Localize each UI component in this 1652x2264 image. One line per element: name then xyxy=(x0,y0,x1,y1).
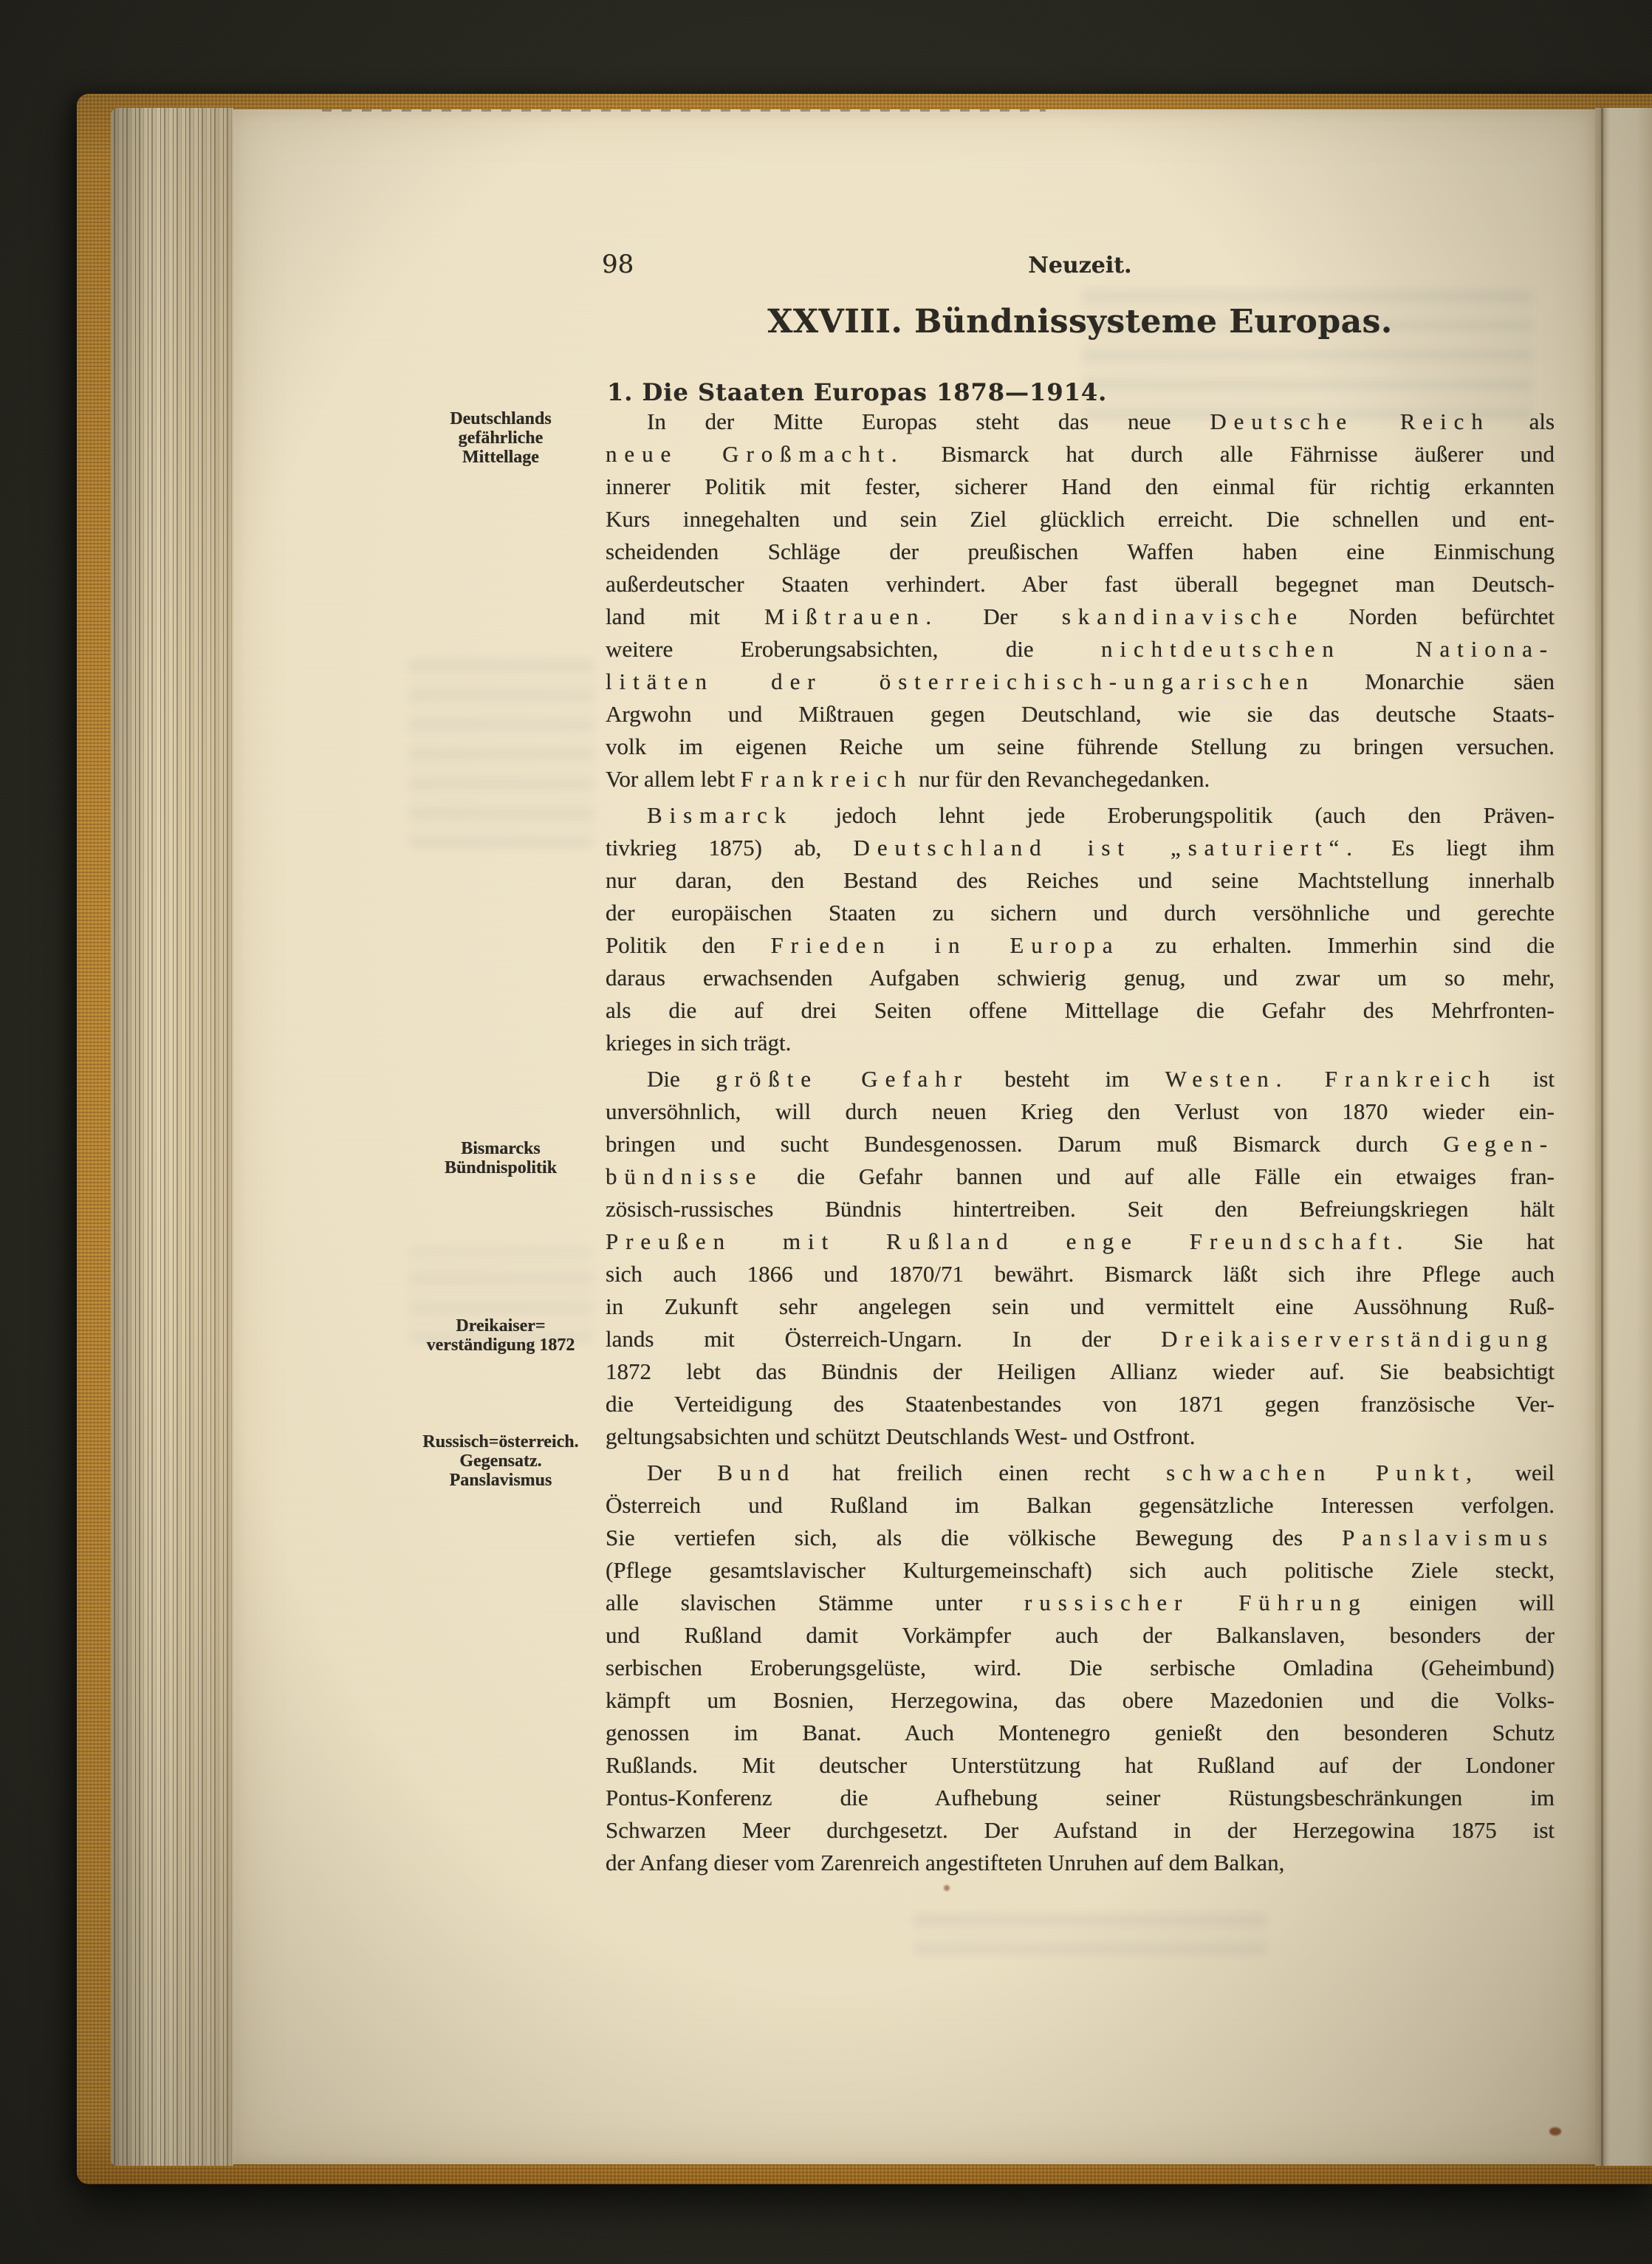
margin-note-line: Bismarcks xyxy=(399,1139,603,1158)
emphasized-spaced-text: Panslavismus xyxy=(1342,1525,1555,1550)
text-segment: ist xyxy=(1497,1066,1555,1092)
text-segment: Argwohn und Mißtrauen gegen Deutschland,… xyxy=(606,701,1555,727)
body-paragraph: Die größte Gefahr besteht im Westen. Fra… xyxy=(606,1063,1555,1453)
emphasized-spaced-text: Deutsche Reich xyxy=(1210,408,1490,434)
text-segment: sich auch 1866 und 1870/71 bewährt. Bism… xyxy=(606,1261,1555,1287)
text-segment: daraus erwachsenden Aufgaben schwierig g… xyxy=(606,965,1555,991)
text-segment: Es liegt ihm xyxy=(1360,835,1555,861)
emphasized-spaced-text: Gegen- xyxy=(1443,1131,1555,1157)
text-segment: geltungsabsichten und schützt Deutschlan… xyxy=(606,1423,1196,1449)
text-line: In der Mitte Europas steht das neue Deut… xyxy=(606,406,1555,438)
text-line: land mit Mißtrauen. Der skandinavische N… xyxy=(606,601,1555,633)
rust-stain xyxy=(944,1885,950,1891)
text-segment: besteht im xyxy=(969,1066,1165,1092)
text-segment: genossen im Banat. Auch Montenegro genie… xyxy=(606,1720,1555,1745)
text-line: serbischen Eroberungsgelüste, wird. Die … xyxy=(606,1652,1555,1684)
text-segment: In der Mitte Europas steht das neue xyxy=(647,408,1210,434)
text-segment: lands mit Österreich-Ungarn. In der xyxy=(606,1326,1161,1352)
ink-bleedthrough xyxy=(913,1910,1267,1955)
text-line: unversöhnlich, will durch neuen Krieg de… xyxy=(606,1095,1555,1128)
text-segment: Kurs innegehalten und sein Ziel glücklic… xyxy=(606,506,1555,532)
text-segment: jedoch lehnt jede Eroberungspolitik (auc… xyxy=(793,802,1555,828)
text-segment: bringen und sucht Bundesgenossen. Darum … xyxy=(606,1131,1443,1157)
text-line: Pontus-Konferenz die Aufhebung seiner Rü… xyxy=(606,1782,1555,1814)
emphasized-spaced-text: Frieden in Europa xyxy=(770,932,1120,958)
text-segment: nur daran, den Bestand des Reiches und s… xyxy=(606,867,1555,893)
text-segment: alle slavischen Stämme unter xyxy=(606,1590,1024,1615)
text-line: weitere Eroberungsabsichten, die nichtde… xyxy=(606,633,1555,666)
emphasized-spaced-text: bündnisse xyxy=(606,1163,763,1189)
text-line: tivkrieg 1875) ab, Deutschland ist „satu… xyxy=(606,832,1555,864)
text-segment: Norden befürchtet xyxy=(1304,603,1555,629)
text-line: volk im eigenen Reiche um seine führende… xyxy=(606,731,1555,763)
margin-note-line: verständigung 1872 xyxy=(399,1336,603,1355)
margin-note: DeutschlandsgefährlicheMittellage xyxy=(399,409,603,467)
text-segment: als xyxy=(1490,408,1555,434)
body-paragraph: Der Bund hat freilich einen recht schwac… xyxy=(606,1457,1555,1879)
emphasized-spaced-text: Frankreich xyxy=(741,766,913,792)
text-line: litäten der österreichisch-ungarischen M… xyxy=(606,666,1555,698)
chapter-heading: XXVIII. Bündnissysteme Europas. xyxy=(606,303,1555,341)
text-line: in Zukunft sehr angelegen sein und vermi… xyxy=(606,1290,1555,1323)
margin-note: BismarcksBündnispolitik xyxy=(399,1139,603,1177)
text-line: geltungsabsichten und schützt Deutschlan… xyxy=(606,1420,1555,1453)
text-segment: und Rußland damit Vorkämpfer auch der Ba… xyxy=(606,1622,1555,1648)
text-segment: Sie hat xyxy=(1410,1228,1555,1254)
text-line: und Rußland damit Vorkämpfer auch der Ba… xyxy=(606,1619,1555,1652)
text-segment: kämpft um Bosnien, Herzegowina, das ober… xyxy=(606,1687,1555,1713)
text-segment: Österreich und Rußland im Balkan gegensä… xyxy=(606,1492,1555,1518)
margin-note: Russisch=österreich.Gegensatz.Panslavism… xyxy=(399,1432,603,1490)
text-segment: Die xyxy=(647,1066,716,1092)
text-line: Der Bund hat freilich einen recht schwac… xyxy=(606,1457,1555,1489)
text-line: Preußen mit Rußland enge Freundschaft. S… xyxy=(606,1225,1555,1258)
text-line: sich auch 1866 und 1870/71 bewährt. Bism… xyxy=(606,1258,1555,1290)
margin-note-line: Gegensatz. xyxy=(399,1451,603,1471)
text-segment: Schwarzen Meer durchgesetzt. Der Aufstan… xyxy=(606,1817,1555,1843)
text-segment: einigen will xyxy=(1368,1590,1555,1615)
text-segment: in Zukunft sehr angelegen sein und vermi… xyxy=(606,1293,1555,1319)
text-line: zösisch-russisches Bündnis hintertreiben… xyxy=(606,1193,1555,1225)
text-line: Vor allem lebt Frankreich nur für den Re… xyxy=(606,763,1555,796)
section-heading: 1. Die Staaten Europas 1878—1914. xyxy=(607,378,1107,406)
text-segment: krieges in sich trägt. xyxy=(606,1030,791,1056)
text-line: (Pflege gesamtslavischer Kulturgemeinsch… xyxy=(606,1554,1555,1587)
text-segment: Der xyxy=(647,1460,717,1485)
text-line: bündnisse die Gefahr bannen und auf alle… xyxy=(606,1160,1555,1193)
text-line: Sie vertiefen sich, als die völkische Be… xyxy=(606,1522,1555,1554)
body-paragraph: Bismarck jedoch lehnt jede Eroberungspol… xyxy=(606,799,1555,1059)
body-paragraph: In der Mitte Europas steht das neue Deut… xyxy=(606,406,1555,796)
text-segment: Sie vertiefen sich, als die völkische Be… xyxy=(606,1525,1342,1550)
emphasized-spaced-text: nichtdeutschen Nationa- xyxy=(1101,636,1555,662)
binding-gutter xyxy=(1595,108,1652,2166)
rust-stain xyxy=(1549,2127,1561,2135)
text-segment: unversöhnlich, will durch neuen Krieg de… xyxy=(606,1098,1555,1124)
emphasized-spaced-text: Bund xyxy=(717,1460,796,1485)
text-segment: der europäischen Staaten zu sichern und … xyxy=(606,900,1555,926)
text-segment: Pontus-Konferenz die Aufhebung seiner Rü… xyxy=(606,1785,1555,1810)
text-segment: nur für den Revanchegedanken. xyxy=(913,766,1210,792)
emphasized-spaced-text: skandinavische xyxy=(1062,603,1304,629)
text-line: daraus erwachsenden Aufgaben schwierig g… xyxy=(606,962,1555,994)
text-segment: Monarchie säen xyxy=(1315,668,1555,694)
text-segment: Vor allem lebt xyxy=(606,766,741,792)
margin-note-line: Russisch=österreich. xyxy=(399,1432,603,1451)
emphasized-spaced-text: neue Großmacht. xyxy=(606,441,905,467)
emphasized-spaced-text: russischer Führung xyxy=(1024,1590,1368,1615)
margin-note-line: Mittellage xyxy=(399,448,603,467)
text-segment: (Pflege gesamtslavischer Kulturgemeinsch… xyxy=(606,1557,1555,1583)
emphasized-spaced-text: größte Gefahr xyxy=(716,1066,969,1092)
text-line: die Verteidigung des Staatenbestandes vo… xyxy=(606,1388,1555,1420)
text-line: innerer Politik mit fester, sicherer Han… xyxy=(606,471,1555,503)
text-segment: scheidenden Schläge der preußischen Waff… xyxy=(606,538,1555,564)
text-line: krieges in sich trägt. xyxy=(606,1027,1555,1059)
text-line: Bismarck jedoch lehnt jede Eroberungspol… xyxy=(606,799,1555,832)
page-stack-fore-edge xyxy=(111,108,233,2166)
text-line: lands mit Österreich-Ungarn. In der Drei… xyxy=(606,1323,1555,1355)
text-line: Rußlands. Mit deutscher Unterstützung ha… xyxy=(606,1749,1555,1782)
text-line: alle slavischen Stämme unter russischer … xyxy=(606,1587,1555,1619)
text-segment: hat freilich einen recht xyxy=(796,1460,1166,1485)
text-segment: innerer Politik mit fester, sicherer Han… xyxy=(606,473,1555,499)
text-segment: tivkrieg 1875) ab, xyxy=(606,835,854,861)
text-segment: Der xyxy=(939,603,1062,629)
margin-note-line: Panslavismus xyxy=(399,1471,603,1490)
margin-note-line: gefährliche xyxy=(399,428,603,448)
emphasized-spaced-text: schwachen Punkt, xyxy=(1166,1460,1479,1485)
text-segment: zösisch-russisches Bündnis hintertreiben… xyxy=(606,1196,1555,1222)
emphasized-spaced-text: Frankreich xyxy=(1325,1066,1497,1092)
margin-note-line: Bündnispolitik xyxy=(399,1158,603,1177)
emphasized-spaced-text: Westen. xyxy=(1165,1066,1289,1092)
running-header: Neuzeit. xyxy=(606,253,1555,278)
text-segment: die Gefahr bannen und auf alle Fälle ein… xyxy=(763,1163,1555,1189)
text-segment: außerdeutscher Staaten verhindert. Aber … xyxy=(606,571,1555,597)
text-line: neue Großmacht. Bismarck hat durch alle … xyxy=(606,438,1555,471)
text-segment: Bismarck hat durch alle Fährnisse äußere… xyxy=(905,441,1555,467)
emphasized-spaced-text: Dreikaiserverständigung xyxy=(1161,1326,1555,1352)
page-top-wear-edge xyxy=(322,109,1046,112)
emphasized-spaced-text: litäten der österreichisch-ungarischen xyxy=(606,668,1315,694)
text-line: der europäischen Staaten zu sichern und … xyxy=(606,897,1555,929)
text-segment: zu erhalten. Immerhin sind die xyxy=(1120,932,1555,958)
text-line: 1872 lebt das Bündnis der Heiligen Allia… xyxy=(606,1355,1555,1388)
text-segment: Politik den xyxy=(606,932,770,958)
text-segment: als die auf drei Seiten offene Mittellag… xyxy=(606,997,1555,1023)
text-line: außerdeutscher Staaten verhindert. Aber … xyxy=(606,568,1555,601)
margin-note: Dreikaiser=verständigung 1872 xyxy=(399,1316,603,1355)
text-segment: 1872 lebt das Bündnis der Heiligen Allia… xyxy=(606,1358,1555,1384)
margin-note-line: Deutschlands xyxy=(399,409,603,428)
emphasized-spaced-text: Preußen mit Rußland enge Freundschaft. xyxy=(606,1228,1410,1254)
text-line: Schwarzen Meer durchgesetzt. Der Aufstan… xyxy=(606,1814,1555,1847)
text-line: nur daran, den Bestand des Reiches und s… xyxy=(606,864,1555,897)
text-line: Argwohn und Mißtrauen gegen Deutschland,… xyxy=(606,698,1555,731)
body-text-column: In der Mitte Europas steht das neue Deut… xyxy=(606,406,1555,1879)
text-segment: volk im eigenen Reiche um seine führende… xyxy=(606,733,1555,759)
emphasized-spaced-text: Deutschland ist „saturiert“. xyxy=(854,835,1360,861)
text-line: Österreich und Rußland im Balkan gegensä… xyxy=(606,1489,1555,1522)
text-segment: die Verteidigung des Staatenbestandes vo… xyxy=(606,1391,1555,1417)
text-line: kämpft um Bosnien, Herzegowina, das ober… xyxy=(606,1684,1555,1717)
text-line: genossen im Banat. Auch Montenegro genie… xyxy=(606,1717,1555,1749)
emphasized-spaced-text: Mißtrauen. xyxy=(764,603,939,629)
text-line: scheidenden Schläge der preußischen Waff… xyxy=(606,536,1555,568)
text-line: bringen und sucht Bundesgenossen. Darum … xyxy=(606,1128,1555,1160)
gutter-crease-line xyxy=(1601,108,1603,2166)
emphasized-spaced-text: Bismarck xyxy=(647,802,793,828)
text-segment: weitere Eroberungsabsichten, die xyxy=(606,636,1101,662)
margin-note-line: Dreikaiser= xyxy=(399,1316,603,1336)
text-segment: serbischen Eroberungsgelüste, wird. Die … xyxy=(606,1655,1555,1680)
text-line: Politik den Frieden in Europa zu erhalte… xyxy=(606,929,1555,962)
text-segment: weil xyxy=(1479,1460,1555,1485)
text-line: Die größte Gefahr besteht im Westen. Fra… xyxy=(606,1063,1555,1095)
text-segment xyxy=(1289,1066,1324,1092)
ink-bleedthrough xyxy=(409,656,594,848)
scan-backdrop: 98 Neuzeit. XXVIII. Bündnissysteme Europ… xyxy=(0,0,1652,2264)
book-page: 98 Neuzeit. XXVIII. Bündnissysteme Europ… xyxy=(233,109,1595,2164)
text-line: als die auf drei Seiten offene Mittellag… xyxy=(606,994,1555,1027)
text-segment: Rußlands. Mit deutscher Unterstützung ha… xyxy=(606,1752,1555,1778)
text-line: der Anfang dieser vom Zarenreich angesti… xyxy=(606,1847,1555,1879)
text-segment: der Anfang dieser vom Zarenreich angesti… xyxy=(606,1850,1284,1875)
text-segment: land mit xyxy=(606,603,764,629)
text-line: Kurs innegehalten und sein Ziel glücklic… xyxy=(606,503,1555,536)
